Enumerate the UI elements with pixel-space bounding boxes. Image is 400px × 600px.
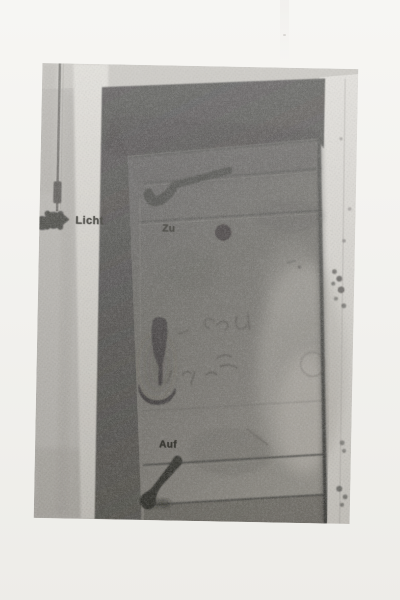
page-crease (280, 0, 289, 62)
page-fleck (283, 34, 286, 36)
licht-marking: Licht (75, 215, 104, 228)
door-photo-art (34, 63, 359, 524)
print-grain (34, 63, 359, 524)
auf-marking: Auf (159, 439, 177, 450)
zu-marking: Zu (162, 223, 175, 234)
book-page: Licht Zu Auf (0, 0, 400, 600)
door-photograph: Licht Zu Auf (34, 63, 359, 524)
